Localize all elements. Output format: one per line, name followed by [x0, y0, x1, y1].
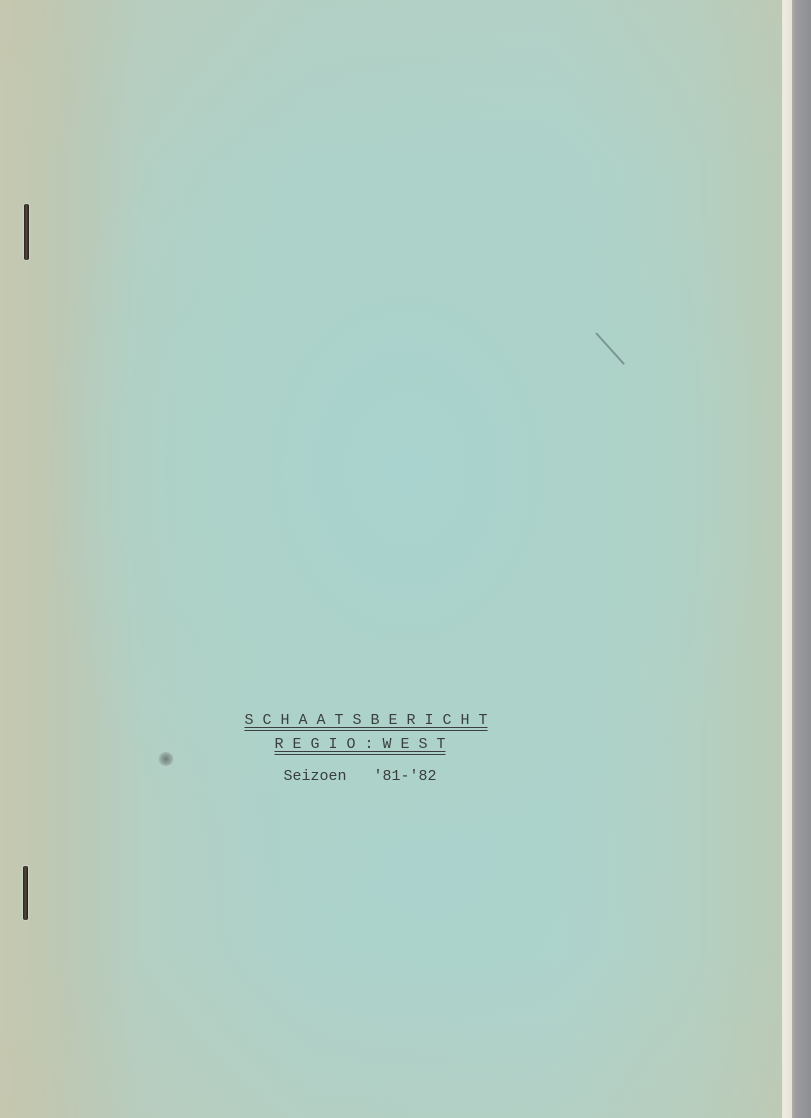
- cover-title: S C H A A T S B E R I C H T: [242, 712, 490, 730]
- cover-subtitle: R E G I O : W E S T: [230, 736, 490, 754]
- staple-icon: [23, 866, 28, 920]
- paper-scratch: [595, 332, 625, 365]
- cover-title-block: S C H A A T S B E R I C H T R E G I O : …: [230, 712, 490, 785]
- season-label: Seizoen '81-'82: [230, 768, 490, 785]
- staple-icon: [24, 204, 29, 260]
- ink-smudge: [158, 752, 174, 766]
- scan-backdrop: [790, 0, 811, 1118]
- booklet-cover: S C H A A T S B E R I C H T R E G I O : …: [0, 0, 782, 1118]
